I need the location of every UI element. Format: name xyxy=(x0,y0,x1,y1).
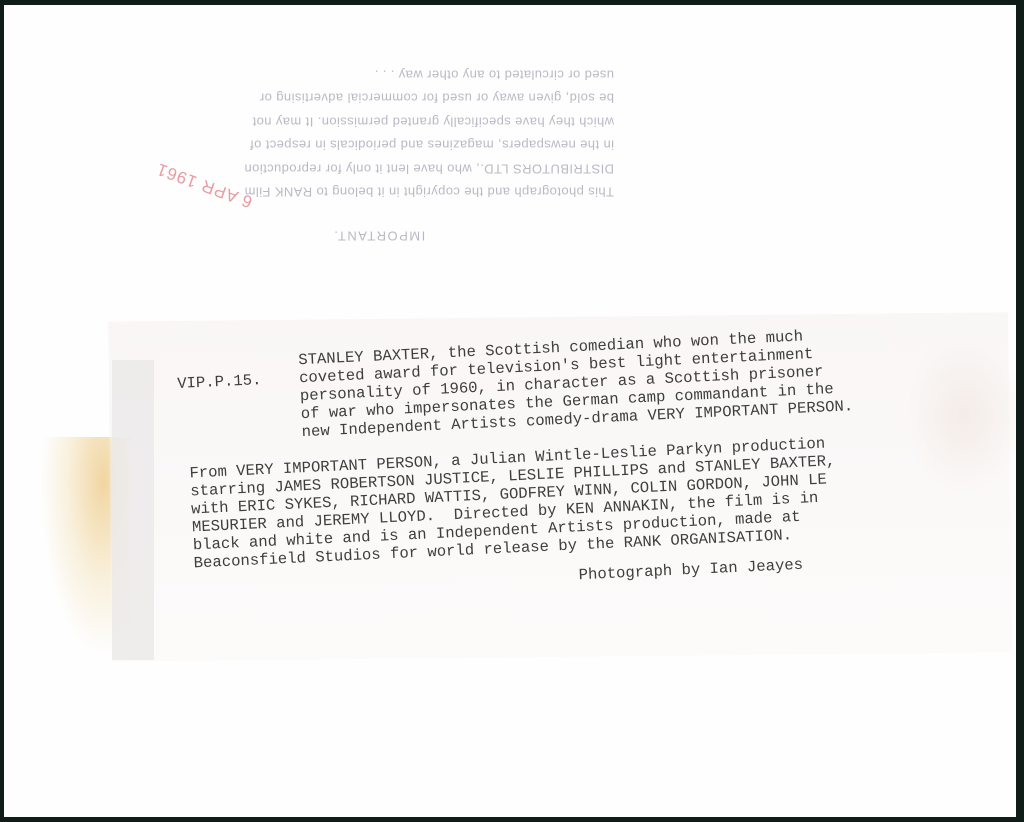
reverse-line: which they have specifically granted per… xyxy=(144,110,614,134)
reverse-heading: IMPORTANT. xyxy=(144,224,614,248)
reverse-print-bleedthrough: IMPORTANT. This photograph and the copyr… xyxy=(144,63,614,248)
reverse-line: DISTRIBUTORS LTD., who have lent it only… xyxy=(144,157,614,181)
scan-border xyxy=(1018,0,1024,822)
tape-strip xyxy=(112,360,154,660)
photo-reverse-paper: IMPORTANT. This photograph and the copyr… xyxy=(4,5,1016,817)
caption-reference: VIP.P.15. xyxy=(177,369,302,447)
typed-caption: VIP.P.15. STANLEY BAXTER, the Scottish c… xyxy=(176,319,987,602)
reverse-line: used or circulated to any other way . . … xyxy=(144,63,614,87)
reverse-line: be sold, given away or used for commerci… xyxy=(144,87,614,111)
caption-paragraph-2: From VERY IMPORTANT PERSON, a Julian Win… xyxy=(189,427,985,572)
reverse-line: in the newspapers, magazines and periodi… xyxy=(144,134,614,158)
